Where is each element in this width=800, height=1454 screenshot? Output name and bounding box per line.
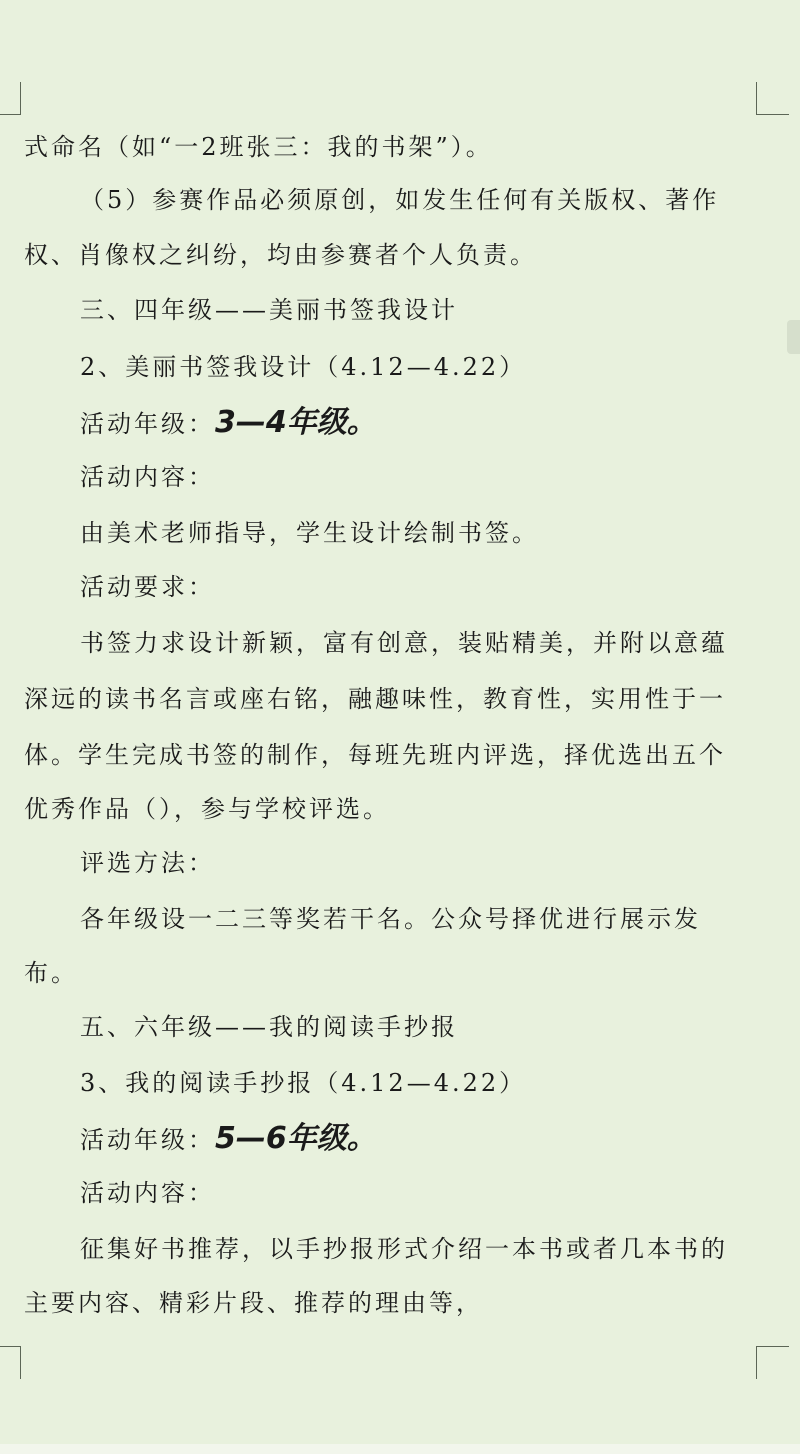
- grade-value: 5—6年级。: [215, 1121, 377, 1156]
- section-heading: 五、六年级——我的阅读手抄报: [80, 1012, 800, 1042]
- text-line: 活动要求：: [80, 572, 800, 602]
- text-line: 书签力求设计新颖，富有创意，装贴精美，并附以意蕴: [80, 628, 800, 658]
- grade-label: 活动年级：: [80, 1126, 215, 1154]
- activity-title: 3、我的阅读手抄报（4.12—4.22）: [80, 1068, 800, 1098]
- text-line: 活动内容：: [80, 1178, 800, 1208]
- text-line: 征集好书推荐，以手抄报形式介绍一本书或者几本书的: [80, 1234, 800, 1264]
- margin-corner-bottom-right: [756, 1346, 789, 1379]
- section-heading: 三、四年级——美丽书签我设计: [80, 295, 800, 325]
- text-line: 权、肖像权之纠纷，均由参赛者个人负责。: [24, 240, 764, 270]
- activity-title: 2、美丽书签我设计（4.12—4.22）: [80, 352, 800, 382]
- margin-corner-top-right: [756, 82, 789, 115]
- text-line: 活动内容：: [80, 462, 800, 492]
- page-bottom-edge: [0, 1444, 800, 1454]
- text-line: 布。: [24, 958, 764, 988]
- activity-grade-line: 活动年级：3—4年级。: [80, 408, 800, 439]
- text-line: 优秀作品（），参与学校评选。: [24, 794, 764, 824]
- text-line: 各年级设一二三等奖若干名。公众号择优进行展示发: [80, 904, 800, 934]
- margin-corner-bottom-left: [0, 1346, 21, 1379]
- text-line: 体。学生完成书签的制作，每班先班内评选，择优选出五个: [24, 740, 764, 770]
- text-line: 由美术老师指导，学生设计绘制书签。: [80, 518, 800, 548]
- margin-corner-top-left: [0, 82, 21, 115]
- text-line: （5）参赛作品必须原创，如发生任何有关版权、著作: [80, 185, 800, 215]
- activity-grade-line: 活动年级：5—6年级。: [80, 1124, 800, 1155]
- text-line: 评选方法：: [80, 848, 800, 878]
- text-line: 主要内容、精彩片段、推荐的理由等，: [24, 1288, 764, 1318]
- grade-label: 活动年级：: [80, 410, 215, 438]
- text-line: 式命名（如“一2班张三：我的书架”）。: [24, 132, 764, 162]
- grade-value: 3—4年级。: [215, 405, 377, 440]
- text-line: 深远的读书名言或座右铭，融趣味性，教育性，实用性于一: [24, 684, 764, 714]
- scrollbar-thumb[interactable]: [787, 320, 800, 354]
